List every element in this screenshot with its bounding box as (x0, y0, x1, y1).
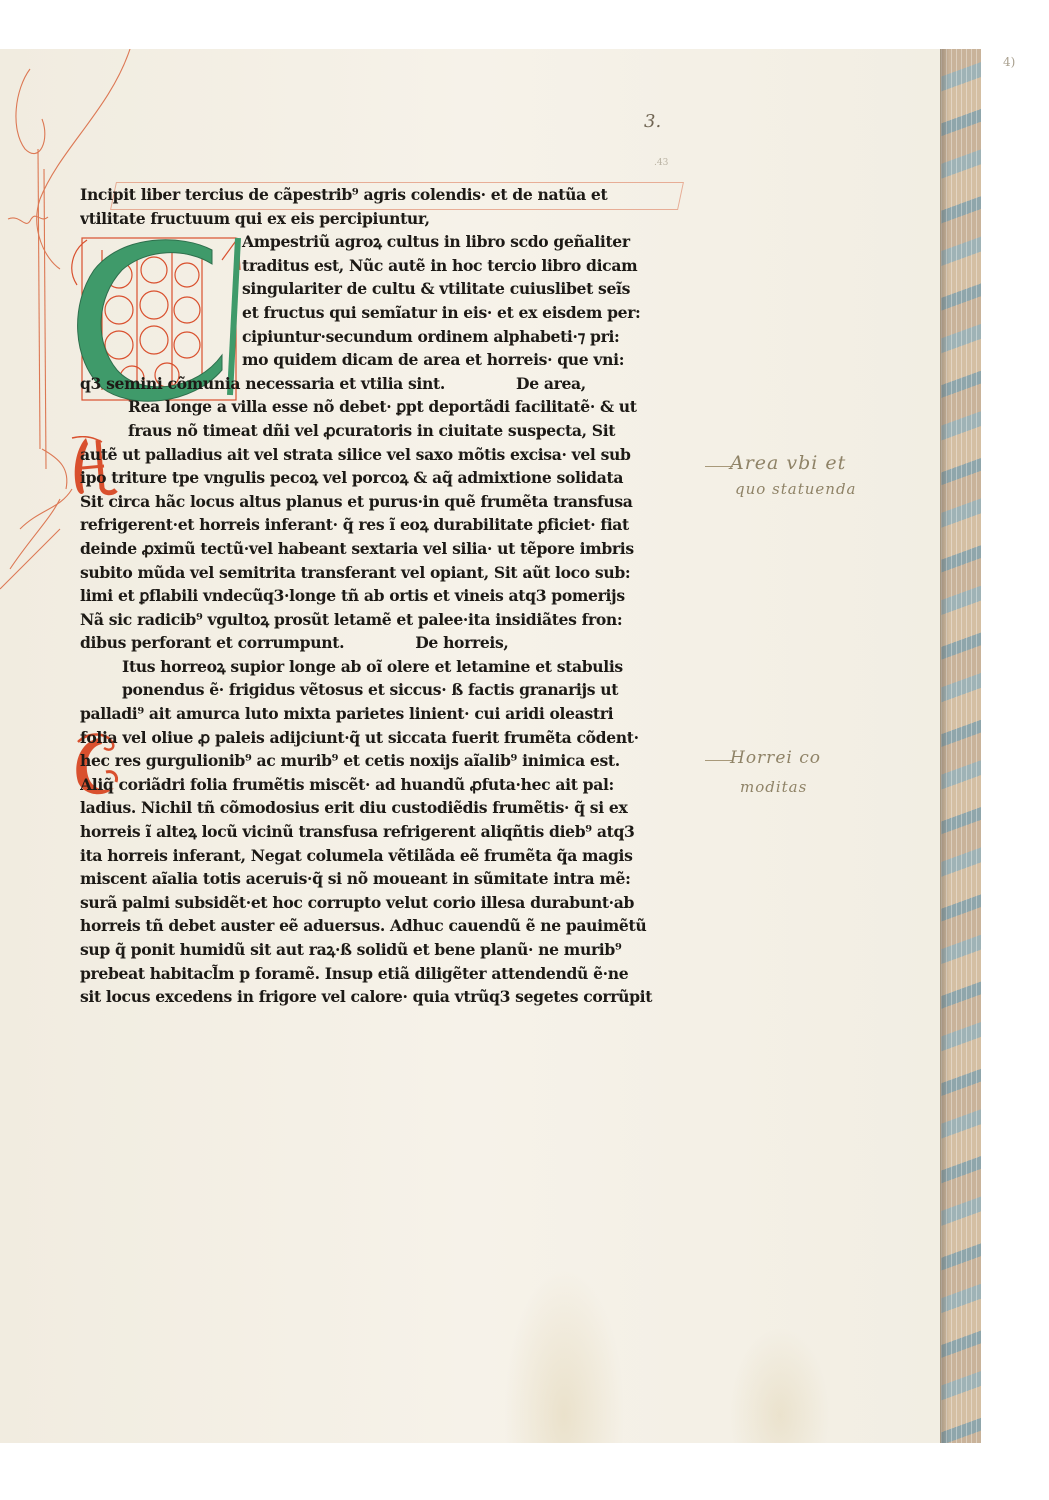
text-line: palladi⁹ ait amurca luto mixta parietes … (80, 702, 658, 726)
marginal-dash (705, 760, 733, 761)
text-line: subito mũda vel semitrita transferant ve… (80, 561, 658, 585)
svg-text:C: C (62, 230, 74, 234)
marginal-note-horrei-line2: moditas (740, 778, 807, 796)
text-line: Nã sic radicib⁹ vgultoꝝ prosũt letamẽ et… (80, 608, 658, 632)
text-line: Itus horreoꝝ supior longe ab oĩ olere et… (80, 655, 658, 679)
text-line-with-heading: dibus perforant et corrumpunt. De horrei… (80, 631, 658, 655)
text-line: refrigerent·et horreis inferant· q̃ res … (80, 513, 658, 537)
text-line: q3 semini cõmunia necessaria et vtilia s… (80, 374, 445, 393)
text-line: horreis ĩ alteꝝ locũ vicinũ transfusa re… (80, 820, 658, 844)
printed-text-block: Incipit liber tercius de cãpestrib⁹ agri… (80, 183, 658, 1009)
text-line: Aliq̃ coriãdri folia frumẽtis miscẽt· ad… (80, 773, 658, 797)
text-line: mo quidem dicam de area et horreis· que … (80, 348, 658, 372)
text-line: sit locus excedens in frigore vel calore… (80, 985, 658, 1009)
text-line: cipiuntur·secundum ordinem alphabeti·⁊ p… (80, 325, 658, 349)
text-line: traditus est, Nũc autẽ in hoc tercio lib… (80, 254, 658, 278)
text-line: Rea longe a villa esse nõ debet· ꝑpt dep… (80, 395, 658, 419)
text-line: limi et ꝑflabili vndecũq3·longe tñ ab or… (80, 584, 658, 608)
text-line: prebeat habitacl̃m p foramẽ. Insup etiã … (80, 962, 658, 986)
marginal-note-horrei-line1: Horrei co (730, 748, 821, 768)
text-line: hec res gurgulionib⁹ ac murib⁹ et cetis … (80, 749, 658, 773)
text-line: horreis tñ debet auster eẽ aduersus. Adh… (80, 914, 658, 938)
marginal-dash (705, 466, 733, 467)
text-line: dibus perforant et corrumpunt. (80, 633, 344, 652)
text-line: ita horreis inferant, Negat columela vẽt… (80, 844, 658, 868)
text-line: Sit circa hãc locus altus planus et puru… (80, 490, 658, 514)
text-line: ponendus ẽ· frigidus vẽtosus et siccus· … (80, 678, 658, 702)
corner-pencil-mark: 4) (1003, 55, 1015, 69)
text-line-with-heading: q3 semini cõmunia necessaria et vtilia s… (80, 372, 658, 396)
marbled-fore-edge (940, 49, 981, 1443)
text-line: miscent aĩalia totis aceruis·q̃ si nõ mo… (80, 867, 658, 891)
heading-line-1: Incipit liber tercius de cãpestrib⁹ agri… (80, 183, 658, 207)
folio-number: 3. (644, 111, 661, 132)
text-line: ipo triture tpe vngulis pecoꝝ vel porcoꝝ… (80, 466, 658, 490)
marginal-note-area-line2: quo statuenda (735, 480, 857, 498)
text-line: Ampestriũ agroꝝ cultus in libro scdo geñ… (80, 230, 658, 254)
marginal-note-area-line1: Area vbi et (730, 452, 846, 474)
text-line: autẽ ut palladius ait vel strata silice … (80, 443, 658, 467)
text-line: fraus nõ timeat dñi vel ꝓcuratoris in ci… (80, 419, 658, 443)
section-heading-de-horreis: De horreis, (415, 631, 508, 655)
text-line: singulariter de cultu & vtilitate cuiusl… (80, 277, 658, 301)
section-heading-de-area: De area, (516, 372, 586, 396)
text-line: sup q̃ ponit humidũ sit aut raꝝ·ß solidũ… (80, 938, 658, 962)
text-line: ladius. Nichil tñ cõmodosius erit diu cu… (80, 796, 658, 820)
heading-line-2: vtilitate fructuum qui ex eis percipiunt… (80, 207, 658, 231)
faint-foliation-mark: .43 (654, 158, 668, 168)
text-line: folia vel oliue ꝓ paleis adijciunt·q̃ ut… (80, 726, 658, 750)
text-line: surã palmi subsidẽt·et hoc corrupto velu… (80, 891, 658, 915)
text-line: et fructus qui semĩatur in eis· et ex ei… (80, 301, 658, 325)
text-line: deinde ꝓximũ tectũ·vel habeant sextaria … (80, 537, 658, 561)
